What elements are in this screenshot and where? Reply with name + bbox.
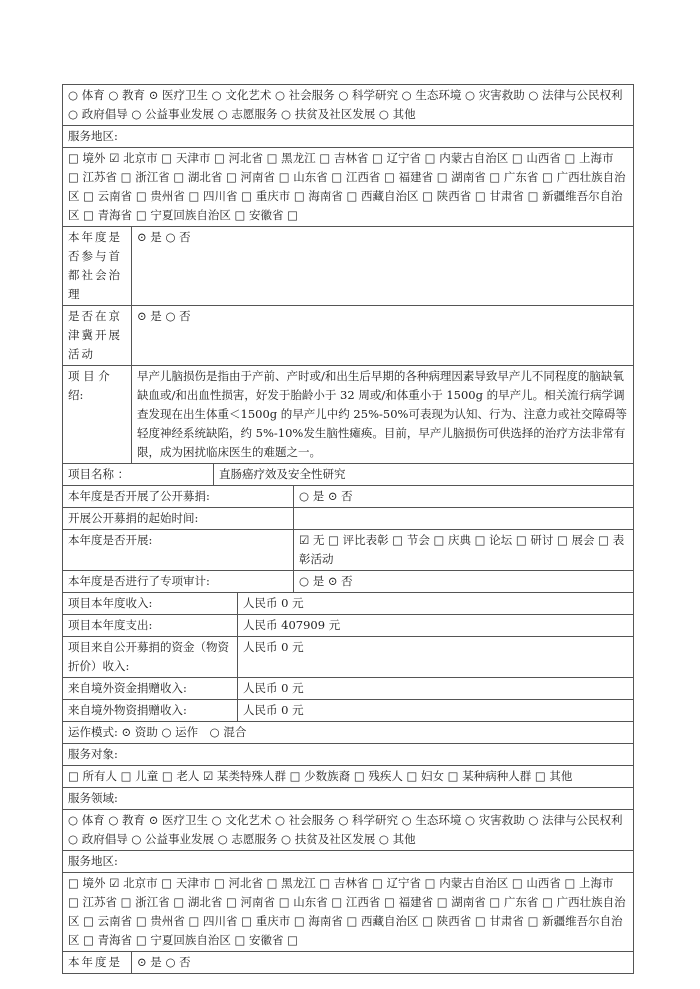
capital-governance-label: 本年度是否参与首都社会治理 — [63, 227, 132, 306]
activities-row: 本年度是否开展: ☑ 无 □ 评比表彰 □ 节会 □ 庆典 □ 论坛 □ 研讨 … — [63, 530, 634, 571]
foreign-fund-value: 人民币 0 元 — [238, 678, 634, 700]
foreign-goods-value: 人民币 0 元 — [238, 700, 634, 722]
service-region-label-row-2: 服务地区: — [63, 851, 634, 873]
service-region-options: □ 境外 ☑ 北京市 □ 天津市 □ 河北省 □ 黑龙江 □ 吉林省 □ 辽宁省… — [63, 148, 634, 227]
expense-row: 项目本年度支出: 人民币 407909 元 — [63, 615, 634, 637]
service-region-row-2: □ 境外 ☑ 北京市 □ 天津市 □ 河北省 □ 黑龙江 □ 吉林省 □ 辽宁省… — [63, 873, 634, 952]
service-region-label-row: 服务地区: — [63, 126, 634, 148]
audit-row: 本年度是否进行了专项审计: ○ 是 ⊙ 否 — [63, 571, 634, 593]
expense-value: 人民币 407909 元 — [238, 615, 634, 637]
audit-label: 本年度是否进行了专项审计: — [63, 571, 294, 593]
public-income-value: 人民币 0 元 — [238, 637, 634, 678]
service-field-options: ○ 体育 ○ 教育 ⊙ 医疗卫生 ○ 文化艺术 ○ 社会服务 ○ 科学研究 ○ … — [63, 85, 634, 126]
jjj-activity-radio[interactable]: ⊙ 是 ○ 否 — [132, 306, 634, 366]
project-name-row: 项目名称 ： 直肠癌疗效及安全性研究 — [63, 464, 634, 486]
foreign-fund-label: 来自境外资金捐赠收入: — [63, 678, 238, 700]
service-target-checkboxes[interactable]: □ 所有人 □ 儿童 □ 老人 ☑ 某类特殊人群 □ 少数族裔 □ 残疾人 □ … — [63, 766, 634, 788]
foreign-goods-label: 来自境外物资捐赠收入: — [63, 700, 238, 722]
income-label: 项目本年度收入: — [63, 593, 238, 615]
income-value: 人民币 0 元 — [238, 593, 634, 615]
project-intro-text: 早产儿脑损伤是指由于产前、产时或/和出生后早期的各种病理因素导致早产儿不同程度的… — [132, 366, 634, 464]
service-region-options-row: □ 境外 ☑ 北京市 □ 天津市 □ 河北省 □ 黑龙江 □ 吉林省 □ 辽宁省… — [63, 148, 634, 227]
income-row: 项目本年度收入: 人民币 0 元 — [63, 593, 634, 615]
service-target-row: □ 所有人 □ 儿童 □ 老人 ☑ 某类特殊人群 □ 少数族裔 □ 残疾人 □ … — [63, 766, 634, 788]
fundraising-start-row: 开展公开募捐的起始时间: — [63, 508, 634, 530]
project-table-2: 项目名称 ： 直肠癌疗效及安全性研究 本年度是否开展了公开募捐: ○ 是 ⊙ 否… — [62, 463, 634, 952]
project-name-value: 直肠癌疗效及安全性研究 — [214, 464, 634, 486]
public-income-row: 项目来自公开募捐的资金（物资折价）收入: 人民币 0 元 — [63, 637, 634, 678]
last-row: 本年度是 ⊙ 是 ○ 否 — [63, 952, 634, 974]
service-field-label-row: 服务领域: — [63, 788, 634, 810]
service-region-checkboxes-2[interactable]: □ 境外 ☑ 北京市 □ 天津市 □ 河北省 □ 黑龙江 □ 吉林省 □ 辽宁省… — [63, 873, 634, 952]
public-fundraising-label: 本年度是否开展了公开募捐: — [63, 486, 294, 508]
project-table-3: 本年度是 ⊙ 是 ○ 否 — [62, 951, 634, 974]
service-target-label-row: 服务对象: — [63, 744, 634, 766]
last-row-radio[interactable]: ⊙ 是 ○ 否 — [132, 952, 634, 974]
service-region-label-2: 服务地区: — [63, 851, 634, 873]
jjj-activity-row: 是否在京津冀开展活动 ⊙ 是 ○ 否 — [63, 306, 634, 366]
expense-label: 项目本年度支出: — [63, 615, 238, 637]
public-income-label: 项目来自公开募捐的资金（物资折价）收入: — [63, 637, 238, 678]
service-field-radios[interactable]: ○ 体育 ○ 教育 ⊙ 医疗卫生 ○ 文化艺术 ○ 社会服务 ○ 科学研究 ○ … — [63, 810, 634, 851]
activities-checkboxes[interactable]: ☑ 无 □ 评比表彰 □ 节会 □ 庆典 □ 论坛 □ 研讨 □ 展会 □ 表彰… — [294, 530, 634, 571]
project-intro-row: 项 目 介 绍: 早产儿脑损伤是指由于产前、产时或/和出生后早期的各种病理因素导… — [63, 366, 634, 464]
project-report-document: ○ 体育 ○ 教育 ⊙ 医疗卫生 ○ 文化艺术 ○ 社会服务 ○ 科学研究 ○ … — [62, 84, 634, 974]
activities-label: 本年度是否开展: — [63, 530, 294, 571]
public-fundraising-row: 本年度是否开展了公开募捐: ○ 是 ⊙ 否 — [63, 486, 634, 508]
project-table-1: ○ 体育 ○ 教育 ⊙ 医疗卫生 ○ 文化艺术 ○ 社会服务 ○ 科学研究 ○ … — [62, 84, 634, 464]
capital-governance-radio[interactable]: ⊙ 是 ○ 否 — [132, 227, 634, 306]
service-target-label: 服务对象: — [63, 744, 634, 766]
project-name-label: 项目名称 ： — [63, 464, 214, 486]
foreign-goods-row: 来自境外物资捐赠收入: 人民币 0 元 — [63, 700, 634, 722]
operation-mode-row: 运作模式: ⊙ 资助 ○ 运作 ○ 混合 — [63, 722, 634, 744]
service-field-label: 服务领域: — [63, 788, 634, 810]
service-field-row: ○ 体育 ○ 教育 ⊙ 医疗卫生 ○ 文化艺术 ○ 社会服务 ○ 科学研究 ○ … — [63, 810, 634, 851]
last-row-label: 本年度是 — [63, 952, 132, 974]
service-region-label: 服务地区: — [63, 126, 634, 148]
public-fundraising-radio[interactable]: ○ 是 ⊙ 否 — [294, 486, 634, 508]
fundraising-start-label: 开展公开募捐的起始时间: — [63, 508, 294, 530]
operation-mode-radio[interactable]: 运作模式: ⊙ 资助 ○ 运作 ○ 混合 — [63, 722, 634, 744]
capital-governance-row: 本年度是否参与首都社会治理 ⊙ 是 ○ 否 — [63, 227, 634, 306]
audit-radio[interactable]: ○ 是 ⊙ 否 — [294, 571, 634, 593]
foreign-fund-row: 来自境外资金捐赠收入: 人民币 0 元 — [63, 678, 634, 700]
fundraising-start-value[interactable] — [294, 508, 634, 530]
project-intro-label: 项 目 介 绍: — [63, 366, 132, 464]
jjj-activity-label: 是否在京津冀开展活动 — [63, 306, 132, 366]
service-field-options-row: ○ 体育 ○ 教育 ⊙ 医疗卫生 ○ 文化艺术 ○ 社会服务 ○ 科学研究 ○ … — [63, 85, 634, 126]
